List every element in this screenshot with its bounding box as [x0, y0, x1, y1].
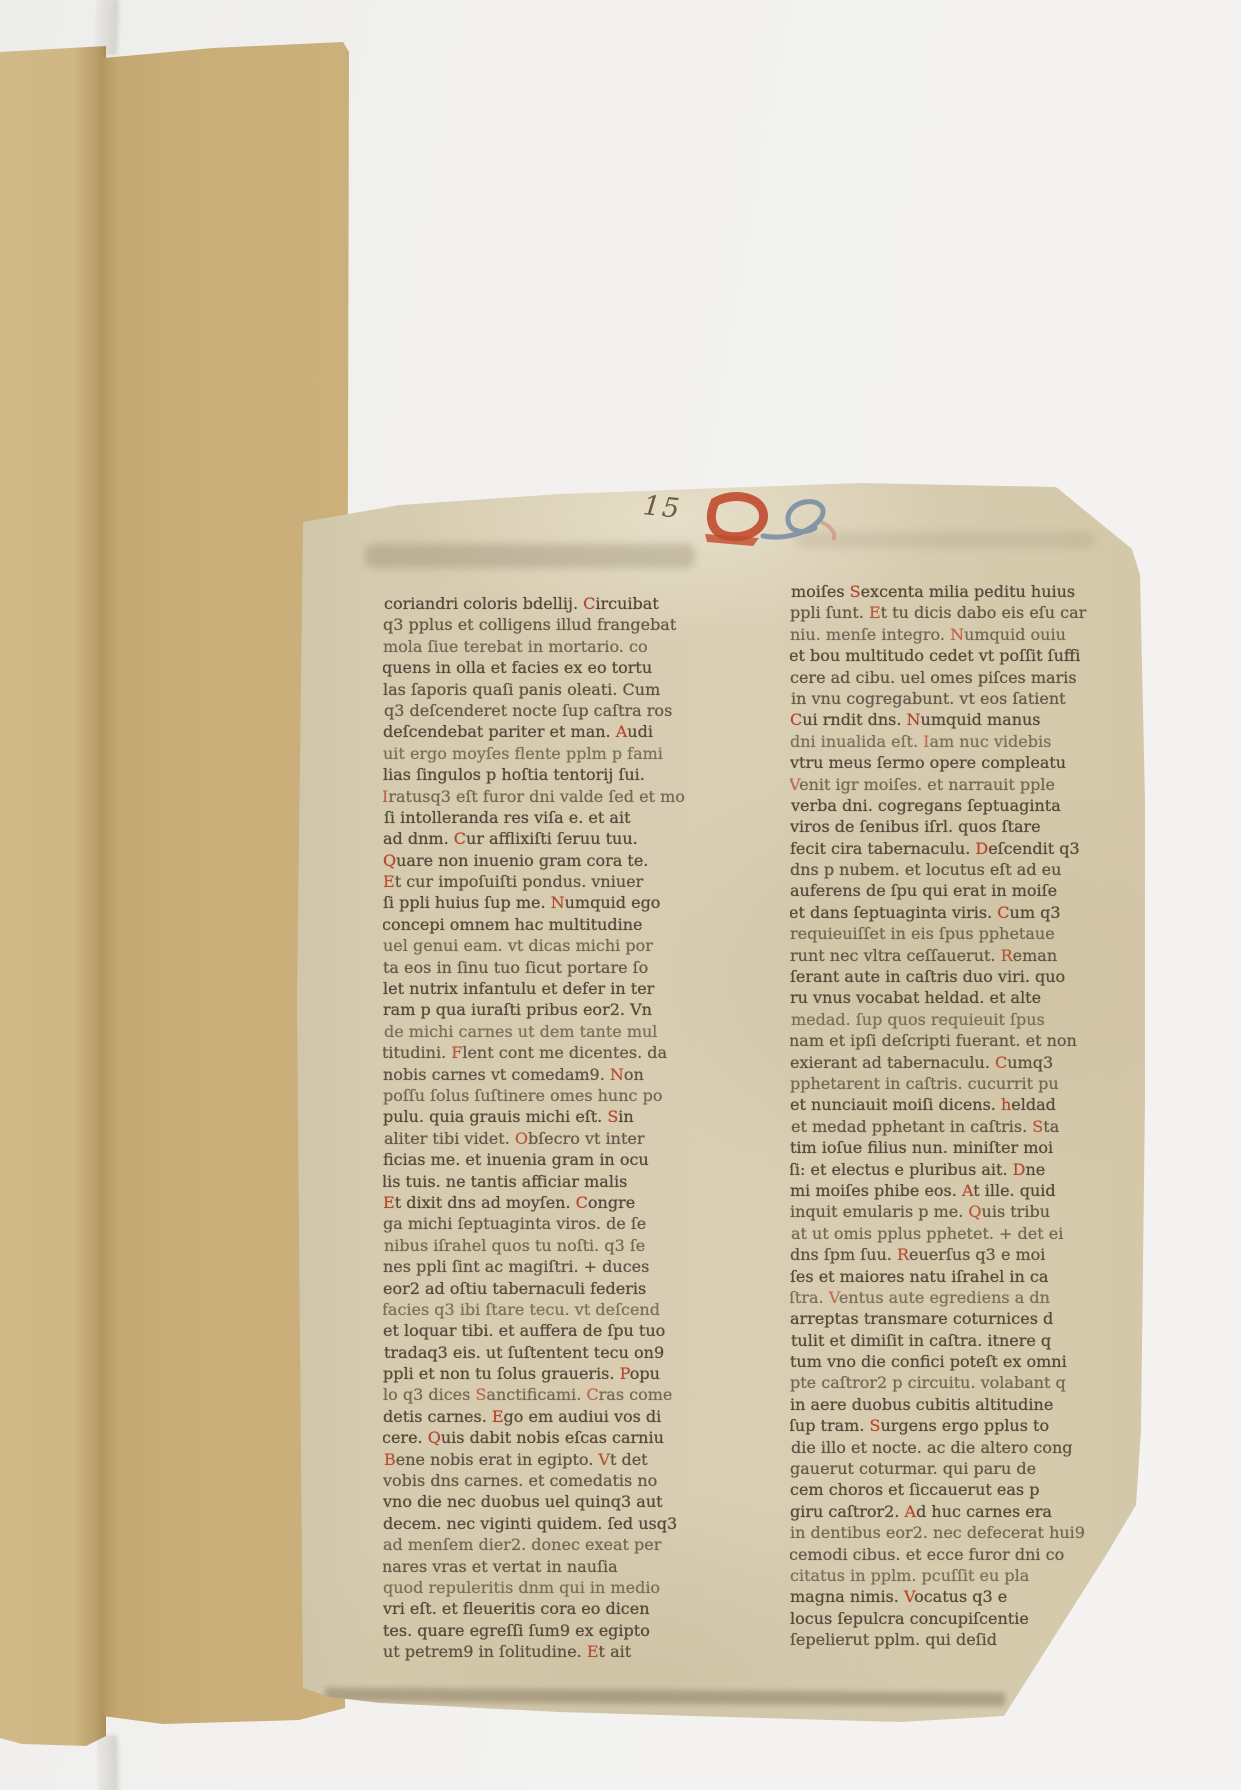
text-line: in vnu cogregabunt. vt eos ſatient — [791, 688, 1140, 709]
text-line: ru vnus vocabat heldad. et alte — [790, 987, 1140, 1008]
text-line: ſi: et electus e pluribus ait. Dne — [790, 1159, 1139, 1180]
text-line: tim ioſue filius nun. miniſter moi — [790, 1137, 1140, 1158]
text-line: cemodi cibus. et ecce furor dni co — [790, 1544, 1139, 1565]
text-line: ſi ppli huius ſup me. Numquid ego — [383, 892, 775, 913]
text-line: de michi carnes ut dem tante mul — [384, 1021, 775, 1042]
text-line: detis carnes. Ego em audiui vos di — [383, 1406, 775, 1427]
text-line: Et cur impoſuiſti pondus. vniuer — [383, 871, 775, 892]
text-line: dni inualida eſt. Iam nuc videbis — [790, 731, 1140, 752]
text-line: et nunciauit moiſi dicens. heldad — [790, 1094, 1140, 1115]
text-line: giru caſtror2. Ad huc carnes era — [790, 1501, 1140, 1522]
text-line: in dentibus eor2. nec defecerat hui9 — [790, 1522, 1140, 1543]
text-line: Venit igr moiſes. et narrauit pple — [790, 774, 1139, 795]
text-line: Bene nobis erat in egipto. Vt det — [384, 1449, 775, 1470]
under-leaf-shadow — [325, 1688, 1005, 1707]
text-line: nam et ipſi deſcripti fuerant. et non — [790, 1030, 1139, 1051]
text-line: requieuiſſet in eis ſpus pphetaue — [790, 923, 1140, 944]
text-line: at ut omis pplus pphetet. + det ei — [791, 1223, 1140, 1244]
text-line: mola ſiue terebat in mortario. co — [383, 636, 775, 657]
text-line: las ſaporis quaſi panis oleati. Cum — [383, 679, 775, 700]
text-line: let nutrix infantulu et defer in ter — [383, 978, 775, 999]
text-line: coriandri coloris bdellij. Circuibat — [384, 593, 775, 614]
text-line: die illo et nocte. ac die altero cong — [791, 1437, 1140, 1458]
text-line: q3 deſcenderet nocte ſup caſtra ros — [384, 700, 775, 721]
text-line: fecit cira tabernaculu. Deſcendit q3 — [790, 838, 1140, 859]
text-line: ſtra. Ventus aute egrediens a dn — [790, 1287, 1139, 1308]
text-line: ut petrem9 in ſolitudine. Et ait — [383, 1641, 775, 1662]
text-line: verba dni. cogregans ſeptuaginta — [791, 795, 1140, 816]
text-line: aliter tibi videt. Obſecro vt inter — [384, 1128, 775, 1149]
text-line: vno die nec duobus uel quinq3 aut — [383, 1491, 775, 1512]
text-line: dns ſpm ſuu. Reuerſus q3 e moi — [790, 1244, 1140, 1265]
text-line: ad dnm. Cur afflixiſti ſeruu tuu. — [383, 828, 775, 849]
text-line: nibus iſrahel quos tu noſti. q3 ſe — [384, 1235, 775, 1256]
text-line: ficias me. et inuenia gram in ocu — [383, 1149, 775, 1170]
text-line: concepi omnem hac multitudine — [383, 914, 774, 935]
text-line: ppli et non tu ſolus graueris. Popu — [383, 1363, 775, 1384]
text-line: decem. nec viginti quidem. ſed usq3 — [383, 1513, 775, 1534]
text-line: q3 pplus et colligens illud frangebat — [383, 614, 775, 635]
text-line: vobis dns carnes. et comedatis no — [383, 1470, 775, 1491]
text-line: quod repuleritis dnm qui in medio — [383, 1577, 775, 1598]
text-column-left: coriandri coloris bdellij. Circuibatq3 p… — [383, 593, 775, 1663]
text-line: viros de ſenibus iſrl. quos ſtare — [790, 816, 1140, 837]
text-line: runt nec vltra ceſſauerut. Reman — [790, 945, 1140, 966]
text-line: locus ſepulcra concupiſcentie — [790, 1608, 1140, 1629]
text-line: tum vno die confici poteſt ex omni — [790, 1351, 1140, 1372]
text-line: cere. Quis dabit nobis eſcas carniu — [383, 1427, 774, 1448]
text-line: nobis carnes vt comedam9. Non — [383, 1064, 775, 1085]
text-line: Et dixit dns ad moyſen. Congre — [383, 1192, 775, 1213]
text-line: ſes et maiores natu iſrahel in ca — [790, 1266, 1140, 1287]
text-line: facies q3 ibi ſtare tecu. vt deſcend — [383, 1299, 774, 1320]
manuscript-leaf: 15 coriandri coloris bdellij. Circuibatq… — [295, 480, 1145, 1725]
text-line: cem choros et ſiccauerut eas p — [790, 1479, 1140, 1500]
text-line: nes ppli ſint ac magiſtri. + duces — [383, 1256, 775, 1277]
text-line: in aere duobus cubitis altitudine — [790, 1394, 1140, 1415]
text-line: pulu. quia grauis michi eſt. Sin — [383, 1106, 775, 1127]
text-line: ſerant aute in caſtris duo viri. quo — [790, 966, 1140, 987]
text-line: lias ſingulos p hoſtia tentorij ſui. — [383, 764, 775, 785]
text-line: et dans ſeptuaginta viris. Cum q3 — [790, 902, 1139, 923]
text-line: tradaq3 eis. ut ſuſtentent tecu on9 — [384, 1342, 775, 1363]
text-line: exierant ad tabernaculu. Cumq3 — [790, 1052, 1140, 1073]
text-line: auferens de ſpu qui erat in moiſe — [790, 880, 1140, 901]
spine-tape-bottom — [98, 1736, 117, 1790]
text-line: cere ad cibu. uel omes piſces maris — [790, 667, 1140, 688]
text-line: et bou multitudo cedet vt poſſit ſuffi — [790, 645, 1139, 666]
text-line: ram p qua iuraſti pribus eor2. Vn — [383, 999, 775, 1020]
spine-tape-top — [95, 0, 117, 54]
text-line: magna nimis. Vocatus q3 e — [790, 1586, 1140, 1607]
text-line: vri eſt. et fleueritis cora eo dicen — [383, 1598, 775, 1619]
text-line: poſſu ſolus ſuſtinere omes hunc po — [383, 1085, 775, 1106]
text-line: ſepelierut pplm. qui deſid — [790, 1629, 1140, 1650]
text-line: deſcendebat pariter et man. Audi — [383, 721, 775, 742]
photo-of-manuscript: 15 coriandri coloris bdellij. Circuibatq… — [0, 0, 1241, 1790]
text-line: ga michi ſeptuaginta viros. de ſe — [383, 1213, 775, 1234]
text-line: eor2 ad oſtiu tabernaculi federis — [383, 1278, 775, 1299]
folio-number: 15 — [641, 490, 682, 525]
text-line: vtru meus ſermo opere compleatu — [790, 752, 1140, 773]
text-line: ſup tram. Surgens ergo pplus to — [790, 1415, 1139, 1436]
rubric-initial-icon — [693, 488, 843, 550]
text-line: ppli ſunt. Et tu dicis dabo eis eſu car — [790, 602, 1140, 623]
text-line: arreptas transmare coturnices d — [790, 1308, 1140, 1329]
text-line: inquit emularis p me. Quis tribu — [790, 1201, 1140, 1222]
text-line: tulit et dimiſit in caſtra. itnere q — [791, 1330, 1140, 1351]
text-line: quens in olla et facies ex eo tortu — [383, 657, 774, 678]
text-column-right: moiſes Sexcenta milia peditu huiusppli ſ… — [790, 581, 1140, 1651]
show-through-smudge — [365, 544, 695, 568]
text-line: titudini. Flent cont me dicentes. da — [383, 1042, 774, 1063]
text-line: ta eos in ſinu tuo ſicut portare ſo — [383, 957, 775, 978]
text-line: lo q3 dices Sanctificami. Cras come — [383, 1384, 775, 1405]
text-line: uel genui eam. vt dicas michi por — [383, 935, 775, 956]
text-line: Iratusq3 eſt furor dni valde ſed et mo — [383, 786, 774, 807]
folder-board-left-fold — [0, 46, 106, 1746]
text-line: pphetarent in caſtris. cucurrit pu — [790, 1073, 1140, 1094]
text-line: Cui rndit dns. Numquid manus — [790, 709, 1140, 730]
text-line: moiſes Sexcenta milia peditu huius — [791, 581, 1140, 602]
text-line: nares vras et vertat in nauſia — [383, 1556, 774, 1577]
text-line: uit ergo moyſes flente pplm p fami — [383, 743, 775, 764]
text-line: lis tuis. ne tantis afficiar malis — [383, 1171, 774, 1192]
text-line: tes. quare egreſſi ſum9 ex egipto — [383, 1620, 775, 1641]
text-line: pte caſtror2 p circuitu. volabant q — [790, 1372, 1140, 1393]
text-line: ad menſem dier2. donec exeat per — [383, 1534, 775, 1555]
text-line: Quare non inuenio gram cora te. — [383, 850, 775, 871]
text-line: mi moiſes phibe eos. At ille. quid — [790, 1180, 1140, 1201]
text-line: citatus in pplm. pcuſſit eu pla — [790, 1565, 1140, 1586]
text-line: dns p nubem. et locutus eſt ad eu — [790, 859, 1140, 880]
text-line: niu. menſe integro. Numquid ouiu — [790, 624, 1140, 645]
text-line: medad. ſup quos requieuit ſpus — [791, 1009, 1140, 1030]
text-line: et loquar tibi. et auffera de ſpu tuo — [383, 1320, 775, 1341]
text-line: ſi intolleranda res viſa e. et ait — [384, 807, 775, 828]
text-line: et medad pphetant in caſtris. Sta — [791, 1116, 1140, 1137]
text-line: gauerut coturmar. qui paru de — [790, 1458, 1140, 1479]
